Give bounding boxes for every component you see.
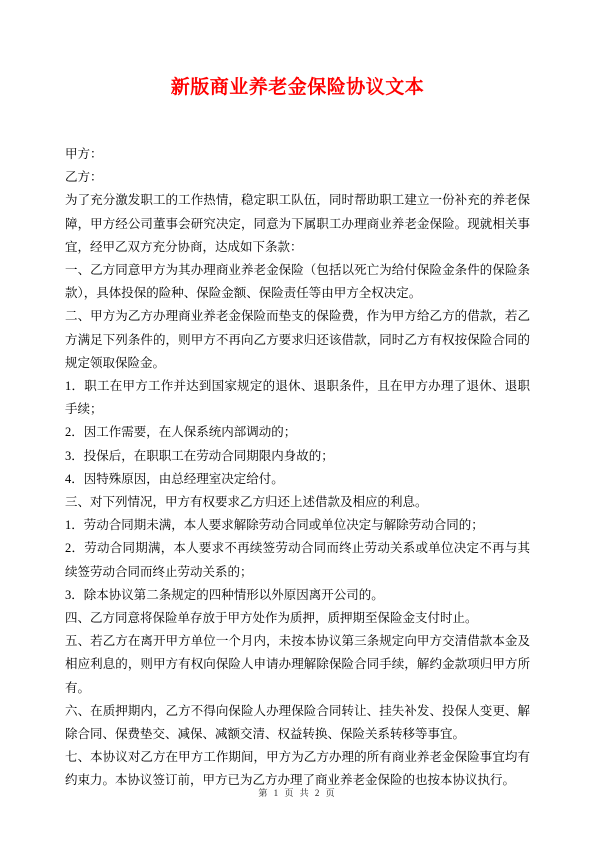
clause-5: 五、若乙方在离开甲方单位一个月内，未按本协议第三条规定向甲方交清借款本金及相应利… [65,630,530,700]
clause-2-item-3: 3．投保后，在职职工在劳动合同期限内身故的； [65,445,530,468]
clause-6: 六、在质押期内，乙方不得向保险人办理保险合同转让、挂失补发、投保人变更、解除合同… [65,700,530,746]
page-number-footer: 第 1 页 共 2 页 [0,786,595,799]
party-b-line: 乙方： [65,166,530,189]
document-body: 甲方： 乙方： 为了充分激发职工的工作热情，稳定职工队伍，同时帮助职工建立一份补… [65,143,530,793]
clause-2-item-1: 1．职工在甲方工作并达到国家规定的退休、退职条件，且在甲方办理了退休、退职手续； [65,375,530,421]
clause-2: 二、甲方为乙方办理商业养老金保险而垫支的保险费，作为甲方给乙方的借款，若乙方满足… [65,305,530,375]
document-page: 新版商业养老金保险协议文本 甲方： 乙方： 为了充分激发职工的工作热情，稳定职工… [0,0,595,841]
document-viewport: { "document": { "title": "新版商业养老金保险协议文本"… [0,0,595,841]
clause-3-item-2: 2．劳动合同期满，本人要求不再续签劳动合同而终止劳动关系或单位决定不再与其续签劳… [65,537,530,583]
clause-4: 四、乙方同意将保险单存放于甲方处作为质押，质押期至保险金支付时止。 [65,607,530,630]
clause-3-item-3: 3．除本协议第二条规定的四种情形以外原因离开公司的。 [65,584,530,607]
clause-2-item-2: 2．因工作需要，在人保系统内部调动的； [65,421,530,444]
party-a-line: 甲方： [65,143,530,166]
clause-1: 一、乙方同意甲方为其办理商业养老金保险（包括以死亡为给付保险金条件的保险条款），… [65,259,530,305]
preamble-paragraph: 为了充分激发职工的工作热情，稳定职工队伍，同时帮助职工建立一份补充的养老保障，甲… [65,189,530,259]
document-title: 新版商业养老金保险协议文本 [0,0,595,100]
clause-3-item-1: 1．劳动合同期未满，本人要求解除劳动合同或单位决定与解除劳动合同的； [65,514,530,537]
clause-3: 三、对下列情况，甲方有权要求乙方归还上述借款及相应的利息。 [65,491,530,514]
clause-2-item-4: 4．因特殊原因，由总经理室决定给付。 [65,468,530,491]
